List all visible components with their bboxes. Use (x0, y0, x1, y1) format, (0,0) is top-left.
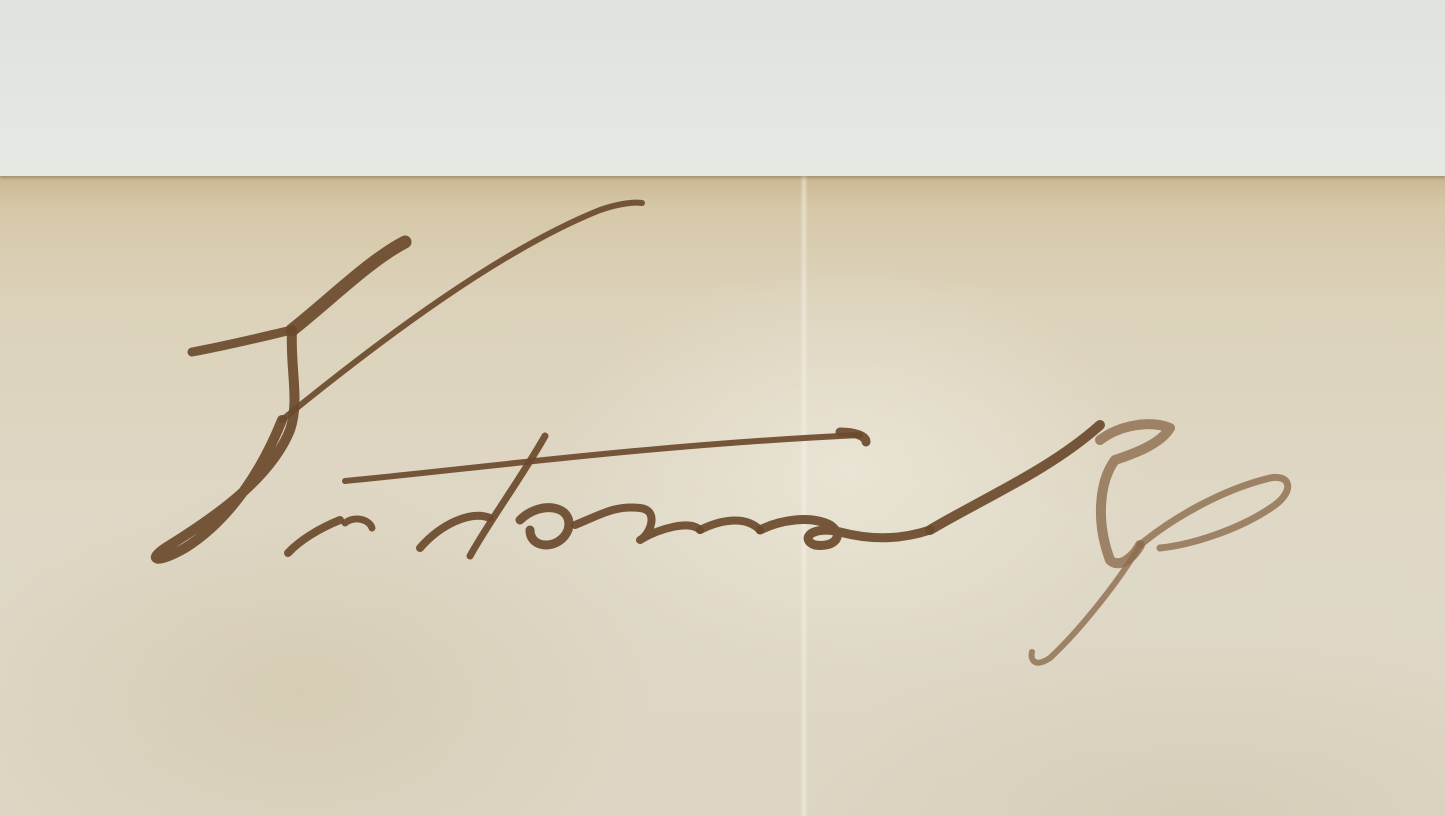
signature (0, 0, 1445, 816)
